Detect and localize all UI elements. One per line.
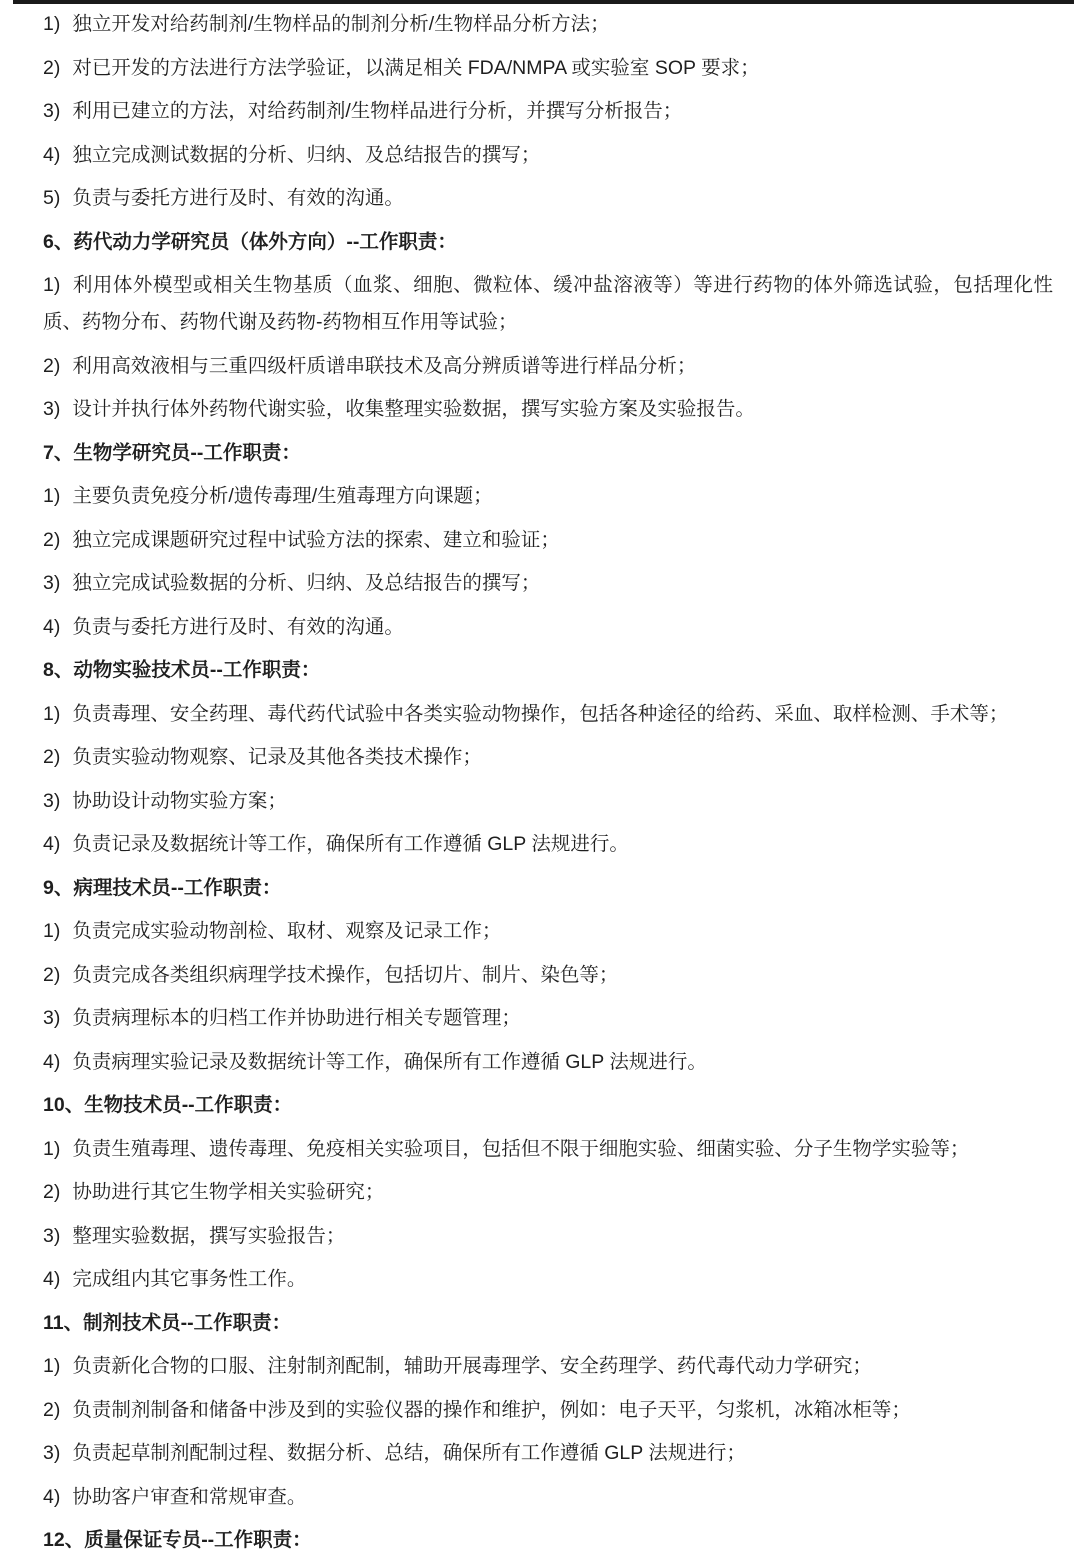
list-item: 2)协助进行其它生物学相关实验研究；: [43, 1174, 1053, 1211]
section-heading: 7、生物学研究员--工作职责：: [43, 435, 1053, 472]
list-item: 1)负责新化合物的口服、注射制剂配制，辅助开展毒理学、安全药理学、药代毒代动力学…: [43, 1348, 1053, 1385]
list-item: 2)负责实验动物观察、记录及其他各类技术操作；: [43, 739, 1053, 776]
list-item-text: 独立完成测试数据的分析、归纳、及总结报告的撰写；: [72, 144, 540, 166]
section-heading: 11、制剂技术员--工作职责：: [43, 1305, 1053, 1342]
list-item-text: 负责毒理、安全药理、毒代药代试验中各类实验动物操作，包括各种途径的给药、采血、取…: [72, 703, 1008, 725]
list-item-number: 3): [43, 93, 60, 130]
list-item-number: 3): [43, 1000, 60, 1037]
list-item-text: 独立完成试验数据的分析、归纳、及总结报告的撰写；: [72, 572, 540, 594]
list-item-number: 2): [43, 957, 60, 994]
list-item-number: 1): [43, 913, 60, 950]
list-item: 5)负责与委托方进行及时、有效的沟通。: [43, 180, 1053, 217]
list-item-text: 利用高效液相与三重四级杆质谱串联技术及高分辨质谱等进行样品分析；: [72, 355, 696, 377]
list-item-number: 4): [43, 137, 60, 174]
list-item-number: 5): [43, 180, 60, 217]
list-item-number: 1): [43, 478, 60, 515]
list-item-number: 1): [43, 6, 60, 43]
list-item-text: 协助设计动物实验方案；: [72, 790, 287, 812]
list-item: 3)利用已建立的方法，对给药制剂/生物样品进行分析，并撰写分析报告；: [43, 93, 1053, 130]
list-item-number: 4): [43, 826, 60, 863]
list-item: 1)主要负责免疫分析/遗传毒理/生殖毒理方向课题；: [43, 478, 1053, 515]
list-item-number: 1): [43, 1348, 60, 1385]
section-heading: 10、生物技术员--工作职责：: [43, 1087, 1053, 1124]
list-item-number: 4): [43, 1261, 60, 1298]
list-item: 3)整理实验数据，撰写实验报告；: [43, 1218, 1053, 1255]
list-item: 2)利用高效液相与三重四级杆质谱串联技术及高分辨质谱等进行样品分析；: [43, 348, 1053, 385]
list-item-text: 设计并执行体外药物代谢实验，收集整理实验数据，撰写实验方案及实验报告。: [72, 398, 755, 420]
list-item-number: 3): [43, 565, 60, 602]
list-item: 4)独立完成测试数据的分析、归纳、及总结报告的撰写；: [43, 137, 1053, 174]
top-border-rule: [13, 0, 1074, 4]
section-heading: 9、病理技术员--工作职责：: [43, 870, 1053, 907]
list-item-text: 完成组内其它事务性工作。: [72, 1268, 306, 1290]
list-item-text: 独立完成课题研究过程中试验方法的探索、建立和验证；: [72, 529, 560, 551]
list-item: 1)负责完成实验动物剖检、取材、观察及记录工作；: [43, 913, 1053, 950]
document-page: 1)独立开发对给药制剂/生物样品的制剂分析/生物样品分析方法；2)对已开发的方法…: [0, 0, 1074, 1556]
list-item-text: 整理实验数据，撰写实验报告；: [72, 1225, 345, 1247]
section-heading: 12、质量保证专员--工作职责：: [43, 1522, 1053, 1556]
list-item-number: 1): [43, 696, 60, 733]
list-item-number: 2): [43, 739, 60, 776]
list-item-text: 协助进行其它生物学相关实验研究；: [72, 1181, 384, 1203]
list-item: 3)协助设计动物实验方案；: [43, 783, 1053, 820]
list-item: 1)负责生殖毒理、遗传毒理、免疫相关实验项目，包括但不限于细胞实验、细菌实验、分…: [43, 1131, 1053, 1168]
list-item: 4)负责记录及数据统计等工作，确保所有工作遵循 GLP 法规进行。: [43, 826, 1053, 863]
list-item-text: 主要负责免疫分析/遗传毒理/生殖毒理方向课题；: [72, 485, 492, 507]
list-item: 3)负责病理标本的归档工作并协助进行相关专题管理；: [43, 1000, 1053, 1037]
list-item-text: 负责新化合物的口服、注射制剂配制，辅助开展毒理学、安全药理学、药代毒代动力学研究…: [72, 1355, 872, 1377]
list-item-number: 4): [43, 1479, 60, 1516]
list-item-text: 负责记录及数据统计等工作，确保所有工作遵循 GLP 法规进行。: [72, 833, 629, 855]
list-item: 1)独立开发对给药制剂/生物样品的制剂分析/生物样品分析方法；: [43, 6, 1053, 43]
list-item-text: 负责制剂制备和储备中涉及到的实验仪器的操作和维护，例如：电子天平，匀浆机，冰箱冰…: [72, 1399, 911, 1421]
list-item: 1)负责毒理、安全药理、毒代药代试验中各类实验动物操作，包括各种途径的给药、采血…: [43, 696, 1053, 733]
list-item: 4)协助客户审查和常规审查。: [43, 1479, 1053, 1516]
list-item-text: 对已开发的方法进行方法学验证，以满足相关 FDA/NMPA 或实验室 SOP 要…: [72, 57, 759, 79]
section-heading: 6、药代动力学研究员（体外方向）--工作职责：: [43, 224, 1053, 261]
list-item-number: 1): [43, 1131, 60, 1168]
list-item: 3)独立完成试验数据的分析、归纳、及总结报告的撰写；: [43, 565, 1053, 602]
list-item-number: 3): [43, 1218, 60, 1255]
list-item: 3)设计并执行体外药物代谢实验，收集整理实验数据，撰写实验方案及实验报告。: [43, 391, 1053, 428]
list-item: 4)完成组内其它事务性工作。: [43, 1261, 1053, 1298]
list-item: 2)负责完成各类组织病理学技术操作，包括切片、制片、染色等；: [43, 957, 1053, 994]
list-item-text: 负责完成实验动物剖检、取材、观察及记录工作；: [72, 920, 501, 942]
list-item-text: 负责实验动物观察、记录及其他各类技术操作；: [72, 746, 482, 768]
list-item-text: 负责与委托方进行及时、有效的沟通。: [72, 187, 404, 209]
list-item-text: 独立开发对给药制剂/生物样品的制剂分析/生物样品分析方法；: [72, 13, 609, 35]
list-item: 2)对已开发的方法进行方法学验证，以满足相关 FDA/NMPA 或实验室 SOP…: [43, 50, 1053, 87]
list-item-number: 4): [43, 1044, 60, 1081]
list-item-text: 负责病理标本的归档工作并协助进行相关专题管理；: [72, 1007, 521, 1029]
list-item-text: 利用体外模型或相关生物基质（血浆、细胞、微粒体、缓冲盐溶液等）等进行药物的体外筛…: [43, 274, 1053, 333]
list-item-number: 2): [43, 1392, 60, 1429]
list-item: 1)利用体外模型或相关生物基质（血浆、细胞、微粒体、缓冲盐溶液等）等进行药物的体…: [43, 267, 1053, 341]
list-item-number: 2): [43, 50, 60, 87]
list-item-number: 2): [43, 348, 60, 385]
job-duties-document: 1)独立开发对给药制剂/生物样品的制剂分析/生物样品分析方法；2)对已开发的方法…: [0, 0, 1074, 1556]
list-item-number: 2): [43, 522, 60, 559]
list-item-text: 负责起草制剂配制过程、数据分析、总结，确保所有工作遵循 GLP 法规进行；: [72, 1442, 746, 1464]
list-item-number: 2): [43, 1174, 60, 1211]
list-item-number: 4): [43, 609, 60, 646]
list-item-text: 利用已建立的方法，对给药制剂/生物样品进行分析，并撰写分析报告；: [72, 100, 682, 122]
list-item: 4)负责与委托方进行及时、有效的沟通。: [43, 609, 1053, 646]
list-item-number: 1): [43, 267, 60, 304]
list-item-number: 3): [43, 391, 60, 428]
list-item: 2)负责制剂制备和储备中涉及到的实验仪器的操作和维护，例如：电子天平，匀浆机，冰…: [43, 1392, 1053, 1429]
list-item-text: 协助客户审查和常规审查。: [72, 1486, 306, 1508]
list-item-text: 负责完成各类组织病理学技术操作，包括切片、制片、染色等；: [72, 964, 618, 986]
list-item: 3)负责起草制剂配制过程、数据分析、总结，确保所有工作遵循 GLP 法规进行；: [43, 1435, 1053, 1472]
list-item-text: 负责病理实验记录及数据统计等工作，确保所有工作遵循 GLP 法规进行。: [72, 1051, 707, 1073]
section-heading: 8、动物实验技术员--工作职责：: [43, 652, 1053, 689]
list-item-text: 负责生殖毒理、遗传毒理、免疫相关实验项目，包括但不限于细胞实验、细菌实验、分子生…: [72, 1138, 969, 1160]
list-item: 4)负责病理实验记录及数据统计等工作，确保所有工作遵循 GLP 法规进行。: [43, 1044, 1053, 1081]
list-item-number: 3): [43, 1435, 60, 1472]
list-item-text: 负责与委托方进行及时、有效的沟通。: [72, 616, 404, 638]
list-item-number: 3): [43, 783, 60, 820]
list-item: 2)独立完成课题研究过程中试验方法的探索、建立和验证；: [43, 522, 1053, 559]
